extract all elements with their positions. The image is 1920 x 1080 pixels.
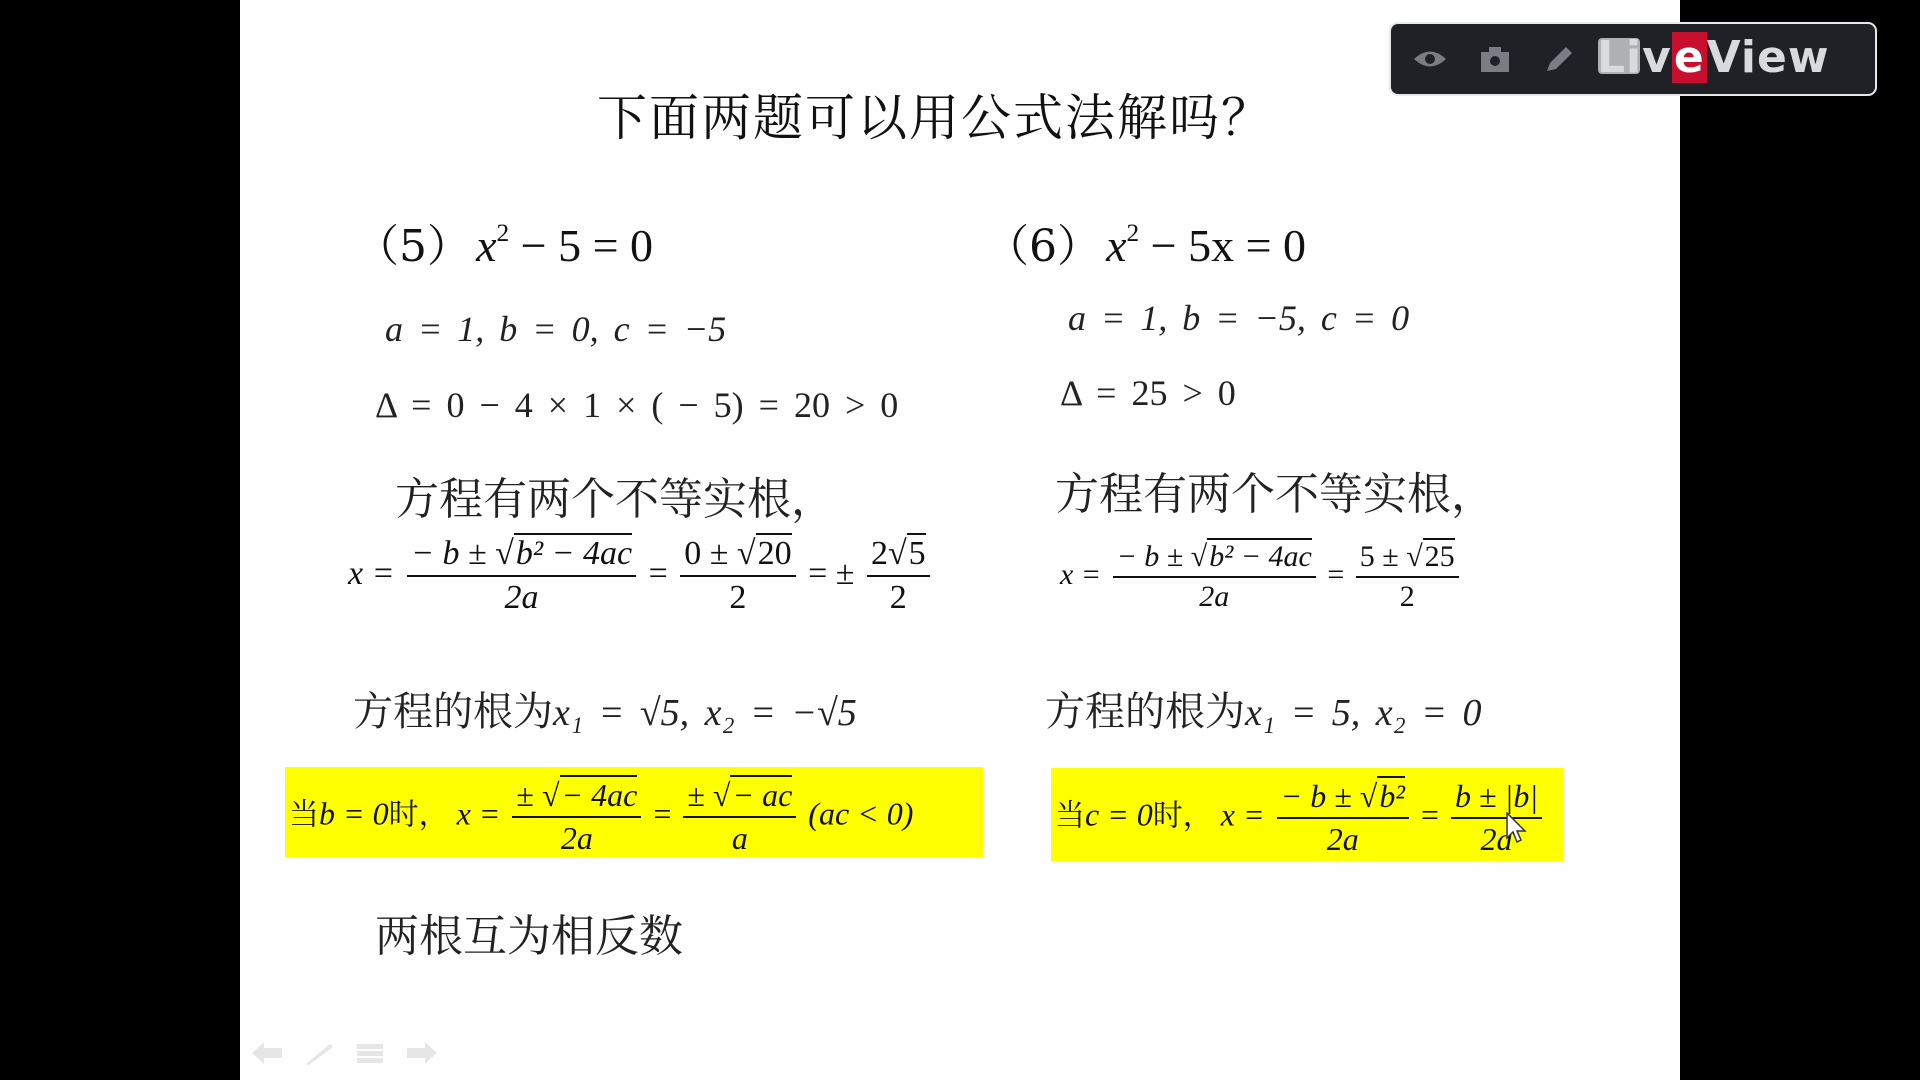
slide-title: 下面两题可以用公式法解吗？ [597, 78, 1273, 150]
roots-line: 方程的根为x₁ = √5, x₂ = −√5 [353, 680, 857, 737]
camera-icon[interactable] [1478, 44, 1512, 74]
discriminant: Δ = 0 − 4 × 1 × ( − 5) = 20 > 0 [375, 384, 898, 426]
problem-equation: x2 − 5x = 0 [1106, 220, 1306, 271]
quadratic-formula: x = − b ± √b² − 4ac2a = 0 ± √202 = ± 2√5… [348, 535, 934, 617]
problem-equation: x2 − 5 = 0 [476, 220, 653, 271]
problem-6-header: （6） x2 − 5x = 0 [985, 210, 1306, 274]
problem-5-header: （5） x2 − 5 = 0 [355, 210, 653, 274]
pencil-icon[interactable] [1542, 44, 1576, 74]
note-text: 两根互为相反数 [375, 900, 683, 964]
problem-number: 6 [1029, 221, 1057, 272]
next-arrow-icon[interactable] [405, 1040, 439, 1066]
quadratic-formula: x = − b ± √b² − 4ac2a = 5 ± √252 [1060, 540, 1463, 614]
highlight-box-c-zero: 当c = 0时， x = − b ± √b²2a = b ± |b|2a [1051, 768, 1563, 861]
discriminant: Δ = 25 > 0 [1060, 372, 1236, 414]
previous-arrow-icon[interactable] [250, 1040, 284, 1066]
brand-logo: LiveView [1597, 32, 1830, 83]
coefficients: a = 1, b = −5, c = 0 [1068, 297, 1409, 339]
roots-line: 方程的根为x₁ = 5, x₂ = 0 [1045, 680, 1481, 737]
eye-icon[interactable] [1413, 44, 1447, 74]
presentation-slide: 下面两题可以用公式法解吗？ （5） x2 − 5 = 0 a = 1, b = … [240, 0, 1680, 1080]
menu-icon[interactable] [353, 1040, 387, 1066]
highlight-box-b-zero: 当b = 0时， x = ± √− 4ac2a = ± √− aca (ac <… [285, 767, 983, 857]
mouse-cursor-icon [1506, 812, 1528, 844]
pen-icon[interactable] [302, 1040, 336, 1066]
problem-number: 5 [399, 221, 427, 272]
liveview-toolbar: LiveView [1391, 24, 1875, 94]
conclusion-text: 方程有两个不等实根， [1055, 458, 1495, 522]
conclusion-text: 方程有两个不等实根， [395, 463, 835, 527]
coefficients: a = 1, b = 0, c = −5 [385, 308, 726, 350]
